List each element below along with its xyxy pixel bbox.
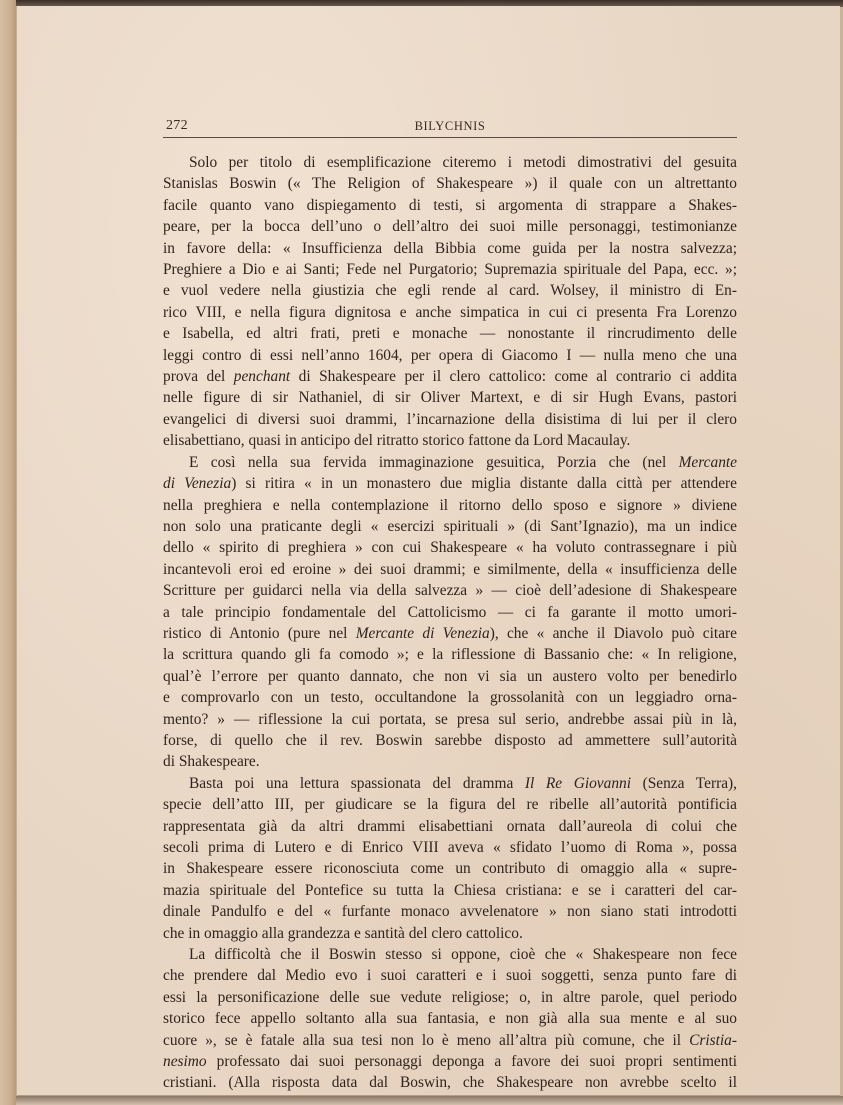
text-line: specie dell’atto III, per giudicare se l… bbox=[163, 794, 737, 815]
text-line: mento? » — riflessione la cui portata, s… bbox=[163, 709, 737, 730]
line-text: incantevoli eroi ed eroine » dei suoi dr… bbox=[163, 561, 737, 578]
text-line: forse, di quello che il rev. Boswin sare… bbox=[163, 730, 737, 751]
italic-text: Mercante bbox=[679, 454, 737, 471]
text-line: la scrittura quando gli fa comodo »; e l… bbox=[163, 644, 737, 665]
line-text: (Senza Terra), bbox=[631, 775, 737, 792]
line-text: elisabettiano, quasi in anticipo del rit… bbox=[163, 432, 630, 449]
italic-text: di Venezia bbox=[163, 475, 231, 492]
line-text: facile quanto vano dispiegamento di test… bbox=[163, 197, 737, 214]
line-text: cuore », se è fatale alla sua tesi non l… bbox=[163, 1032, 689, 1049]
line-text: peare, per la bocca dell’uno o dell’altr… bbox=[163, 218, 737, 235]
text-line: dello « spirito di preghiera » con cui S… bbox=[163, 537, 737, 558]
line-text: non solo una praticante degli « esercizi… bbox=[163, 518, 737, 535]
line-text: cristiani. (Alla risposta data dal Boswi… bbox=[163, 1074, 737, 1091]
body-text: Solo per titolo di esemplificazione cite… bbox=[163, 152, 737, 1094]
line-text: evangelici di diversi suoi drammi, l’inc… bbox=[163, 411, 737, 428]
text-line: di Shakespeare. bbox=[163, 751, 737, 772]
line-text: nelle figure di sir Nathaniel, di sir Ol… bbox=[163, 389, 737, 406]
text-line: nelle figure di sir Nathaniel, di sir Ol… bbox=[163, 387, 737, 408]
text-line: prova del penchant di Shakespeare per il… bbox=[163, 366, 737, 387]
line-text: qual’è l’errore per quanto dannato, che … bbox=[163, 668, 737, 685]
italic-text: Il Re Giovanni bbox=[525, 775, 631, 792]
header-rule bbox=[163, 137, 737, 138]
line-text: storico fece appello soltanto alla sua f… bbox=[163, 1010, 737, 1027]
text-line: in favore della: « Insufficienza della B… bbox=[163, 238, 737, 259]
running-header: 272 BILYCHNIS bbox=[163, 118, 737, 136]
text-line: e comprovarlo con un testo, occultandone… bbox=[163, 687, 737, 708]
text-line: qual’è l’errore per quanto dannato, che … bbox=[163, 666, 737, 687]
line-text: in Shakespeare essere riconosciuta come … bbox=[163, 860, 737, 877]
line-text: nella preghiera e nella contemplazione i… bbox=[163, 497, 737, 514]
line-text: professato dai suoi personaggi deponga a… bbox=[207, 1053, 737, 1070]
running-title: BILYCHNIS bbox=[163, 119, 737, 134]
text-line: e Isabella, ed altri frati, preti e mona… bbox=[163, 323, 737, 344]
line-text: e comprovarlo con un testo, occultandone… bbox=[163, 689, 737, 706]
text-line: Scritture per guidarci nella via della s… bbox=[163, 580, 737, 601]
text-line: che in omaggio alla grandezza e santità … bbox=[163, 923, 737, 944]
text-line: rico VIII, e nella figura dignitosa e an… bbox=[163, 302, 737, 323]
book-binding-edge bbox=[0, 0, 16, 1105]
text-line: ristico di Antonio (pure nel Mercante di… bbox=[163, 623, 737, 644]
text-line: in Shakespeare essere riconosciuta come … bbox=[163, 858, 737, 879]
text-line: peare, per la bocca dell’uno o dell’altr… bbox=[163, 216, 737, 237]
line-text: la scrittura quando gli fa comodo »; e l… bbox=[163, 646, 737, 663]
line-text: Preghiere a Dio e ai Santi; Fede nel Pur… bbox=[163, 261, 737, 278]
text-line: incantevoli eroi ed eroine » dei suoi dr… bbox=[163, 559, 737, 580]
text-line: non solo una praticante degli « esercizi… bbox=[163, 516, 737, 537]
line-text: prova del bbox=[163, 368, 234, 385]
text-line: facile quanto vano dispiegamento di test… bbox=[163, 195, 737, 216]
text-line: di Venezia) si ritira « in un monastero … bbox=[163, 473, 737, 494]
line-text: rico VIII, e nella figura dignitosa e an… bbox=[163, 304, 737, 321]
text-line: che prendere dal Medio evo i suoi caratt… bbox=[163, 965, 737, 986]
text-line: nella preghiera e nella contemplazione i… bbox=[163, 495, 737, 516]
line-text: mazia spirituale del Pontefice su tutta … bbox=[163, 882, 737, 899]
line-text: ), che « anche il Diavolo può citare bbox=[490, 625, 737, 642]
line-text: ) si ritira « in un monastero due miglia… bbox=[231, 475, 737, 492]
text-line: La difficoltà che il Boswin stesso si op… bbox=[163, 944, 737, 965]
line-text: secoli prima di Lutero e di Enrico VIII … bbox=[163, 839, 737, 856]
text-line: essi la personificazione delle sue vedut… bbox=[163, 987, 737, 1008]
line-text: mento? » — riflessione la cui portata, s… bbox=[163, 711, 737, 728]
line-text: La difficoltà che il Boswin stesso si op… bbox=[189, 946, 737, 963]
line-text: dinale Pandulfo e del « furfante monaco … bbox=[163, 903, 737, 920]
line-text: che in omaggio alla grandezza e santità … bbox=[163, 925, 523, 942]
italic-text: nesimo bbox=[163, 1053, 207, 1070]
line-text: di Shakespeare per il clero cattolico: c… bbox=[290, 368, 737, 385]
line-text: ristico di Antonio (pure nel bbox=[163, 625, 356, 642]
italic-text: Mercante di Venezia bbox=[356, 625, 490, 642]
line-text: e vuol vedere nella giustizia che egli r… bbox=[163, 282, 737, 299]
line-text: che prendere dal Medio evo i suoi caratt… bbox=[163, 967, 737, 984]
text-line: evangelici di diversi suoi drammi, l’inc… bbox=[163, 409, 737, 430]
line-text: in favore della: « Insufficienza della B… bbox=[163, 240, 737, 257]
page-bottom-edge bbox=[16, 1096, 843, 1105]
text-line: Basta poi una lettura spassionata del dr… bbox=[163, 773, 737, 794]
line-text: Basta poi una lettura spassionata del dr… bbox=[189, 775, 525, 792]
text-line: storico fece appello soltanto alla sua f… bbox=[163, 1008, 737, 1029]
line-text: specie dell’atto III, per giudicare se l… bbox=[163, 796, 737, 813]
italic-text: Cristia- bbox=[689, 1032, 737, 1049]
text-line: secoli prima di Lutero e di Enrico VIII … bbox=[163, 837, 737, 858]
text-line: rappresentata già da altri drammi elisab… bbox=[163, 816, 737, 837]
line-text: leggi contro di essi nell’anno 1604, per… bbox=[163, 347, 737, 364]
line-text: a tale principio fondamentale del Cattol… bbox=[163, 604, 737, 621]
line-text: e Isabella, ed altri frati, preti e mona… bbox=[163, 325, 737, 342]
text-line: a tale principio fondamentale del Cattol… bbox=[163, 602, 737, 623]
line-text: essi la personificazione delle sue vedut… bbox=[163, 989, 737, 1006]
text-line: dinale Pandulfo e del « furfante monaco … bbox=[163, 901, 737, 922]
line-text: Stanislas Boswin (« The Religion of Shak… bbox=[163, 175, 737, 192]
text-line: Solo per titolo di esemplificazione cite… bbox=[163, 152, 737, 173]
text-line: cuore », se è fatale alla sua tesi non l… bbox=[163, 1030, 737, 1051]
line-text: dello « spirito di preghiera » con cui S… bbox=[163, 539, 737, 556]
text-line: Stanislas Boswin (« The Religion of Shak… bbox=[163, 173, 737, 194]
text-line: E così nella sua fervida immaginazione g… bbox=[163, 452, 737, 473]
text-line: nesimo professato dai suoi personaggi de… bbox=[163, 1051, 737, 1072]
text-line: mazia spirituale del Pontefice su tutta … bbox=[163, 880, 737, 901]
text-line: e vuol vedere nella giustizia che egli r… bbox=[163, 280, 737, 301]
line-text: Scritture per guidarci nella via della s… bbox=[163, 582, 737, 599]
text-line: Preghiere a Dio e ai Santi; Fede nel Pur… bbox=[163, 259, 737, 280]
line-text: E così nella sua fervida immaginazione g… bbox=[189, 454, 679, 471]
line-text: rappresentata già da altri drammi elisab… bbox=[163, 818, 737, 835]
text-line: elisabettiano, quasi in anticipo del rit… bbox=[163, 430, 737, 451]
italic-text: penchant bbox=[234, 368, 290, 385]
text-line: cristiani. (Alla risposta data dal Boswi… bbox=[163, 1072, 737, 1093]
line-text: Solo per titolo di esemplificazione cite… bbox=[189, 154, 737, 171]
line-text: forse, di quello che il rev. Boswin sare… bbox=[163, 732, 737, 749]
text-line: leggi contro di essi nell’anno 1604, per… bbox=[163, 345, 737, 366]
line-text: di Shakespeare. bbox=[163, 753, 260, 770]
